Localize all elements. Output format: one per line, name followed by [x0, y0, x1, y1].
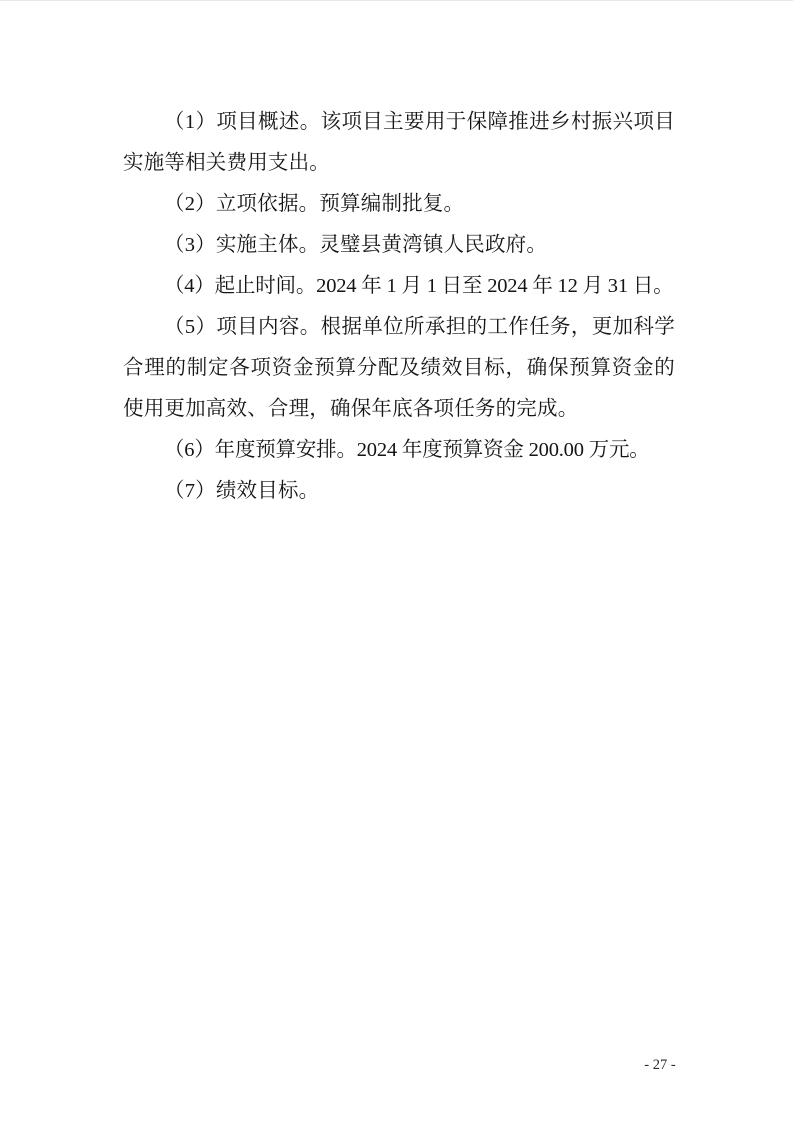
paragraph-annual-budget: （6）年度预算安排。2024 年度预算资金 200.00 万元。 — [123, 430, 675, 471]
paragraph-project-basis: （2）立项依据。预算编制批复。 — [123, 184, 675, 225]
paragraph-project-content: （5）项目内容。根据单位所承担的工作任务，更加科学合理的制定各项资金预算分配及绩… — [123, 307, 675, 430]
paragraph-project-overview: （1）项目概述。该项目主要用于保障推进乡村振兴项目实施等相关费用支出。 — [123, 102, 675, 184]
document-body: （1）项目概述。该项目主要用于保障推进乡村振兴项目实施等相关费用支出。 （2）立… — [123, 102, 675, 512]
paragraph-implementing-entity: （3）实施主体。灵璧县黄湾镇人民政府。 — [123, 225, 675, 266]
page-number: - 27 - — [0, 1057, 793, 1074]
paragraph-start-end-time: （4）起止时间。2024 年 1 月 1 日至 2024 年 12 月 31 日… — [123, 266, 675, 307]
document-page: （1）项目概述。该项目主要用于保障推进乡村振兴项目实施等相关费用支出。 （2）立… — [0, 0, 793, 1122]
paragraph-performance-goal: （7）绩效目标。 — [123, 471, 675, 512]
